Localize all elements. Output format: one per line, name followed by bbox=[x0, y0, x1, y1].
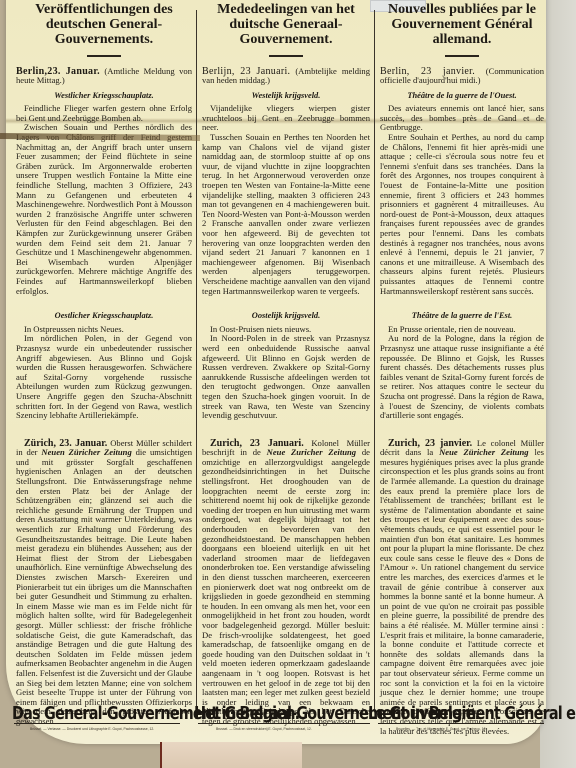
paragraph: Au nord de la Pologne, dans la région de… bbox=[380, 334, 544, 420]
column-title: Nouvelles publiées par le Gouvernement G… bbox=[380, 2, 544, 47]
paragraph: In Noord-Polen in de streek van Przasnys… bbox=[202, 334, 370, 420]
french-column: Nouvelles publiées par le Gouvernement G… bbox=[376, 0, 548, 736]
printer-imprint: Brüssel. — Verlasse. — Druckerei und Lit… bbox=[30, 727, 154, 731]
paragraph: Vijandelijke vliegers wierpen gister vru… bbox=[202, 104, 370, 133]
section-heading-west: Westelijk krijgsveld. bbox=[202, 91, 370, 101]
dateline: Berlijn, 23 Januari. (Ambtelijke melding… bbox=[202, 67, 370, 86]
column-divider bbox=[196, 10, 197, 710]
printer-imprint: Brussel. — Druk en steendrukkerij E. Guy… bbox=[216, 727, 312, 731]
paragraph: Entre Souhain et Perthes, au nord du cam… bbox=[380, 133, 544, 296]
column-divider bbox=[374, 10, 375, 710]
dutch-column: Mededeelingen van het duitsche Generaal-… bbox=[198, 0, 374, 727]
newspaper-name: Neuen Züricher Zeitung bbox=[41, 447, 131, 457]
printer-imprint: Bruxelles. — Typ. et lithographie E. Guy… bbox=[396, 727, 486, 731]
report-text: les mesures hygiéniques prises avec la p… bbox=[380, 447, 544, 735]
section-heading-east: Oestlicher Kriegsschauplatz. bbox=[16, 311, 192, 321]
title-separator bbox=[87, 55, 121, 57]
newspaper-name: Neue Züricher Zeitung bbox=[439, 447, 529, 457]
paragraph: Tusschen Souain en Perthes ten Noorden h… bbox=[202, 133, 370, 296]
paper-strip-underneath bbox=[160, 742, 302, 768]
title-separator bbox=[269, 55, 303, 57]
paragraph: Zwischen Souain und Perthes nördlich des… bbox=[16, 123, 192, 296]
zurich-report: Zurich, 23 janvier. Le colonel Müller dé… bbox=[380, 439, 544, 736]
column-title: Veröffentlichungen des deutschen General… bbox=[16, 2, 192, 47]
section-heading-west: Westlicher Kriegsschauplatz. bbox=[16, 91, 192, 101]
footer-rule bbox=[14, 723, 180, 724]
column-title: Mededeelingen van het duitsche Generaal-… bbox=[202, 2, 370, 47]
dateline: Berlin,23. Januar. (Amtliche Meldung von… bbox=[16, 67, 192, 86]
footer-signature-french: Le Gouvernement Général en Belgique. bbox=[368, 704, 576, 724]
dateline: Berlin, 23 janvier. (Communication offic… bbox=[380, 67, 544, 86]
german-column: Veröffentlichungen des deutschen General… bbox=[12, 0, 196, 727]
paragraph: Des aviateurs ennemis ont lancé hier, sa… bbox=[380, 104, 544, 133]
report-text: die umsichtigen und mit grösster Sorgfal… bbox=[16, 447, 192, 726]
zurich-report: Zürich, 23. Januar. Oberst Müller schild… bbox=[16, 439, 192, 727]
paragraph: Feindliche Flieger warfen gestern ohne E… bbox=[16, 104, 192, 123]
newspaper-name: Neue Zuricher Zeitung bbox=[267, 447, 356, 457]
title-separator bbox=[445, 55, 479, 57]
section-heading-west: Théâtre de la guerre de l'Ouest. bbox=[380, 91, 544, 101]
footer-rule bbox=[198, 723, 370, 724]
zurich-report: Zurich, 23 Januari. Kolonel Müller besch… bbox=[202, 439, 370, 727]
footer-rule bbox=[378, 723, 544, 724]
section-heading-east: Théâtre de la guerre de l'Est. bbox=[380, 311, 544, 321]
report-text: de omzichtige en allerzorgvuldigst aange… bbox=[202, 447, 370, 726]
paragraph: Im nördlichen Polen, in der Gegend von P… bbox=[16, 334, 192, 420]
section-heading-east: Oostelijk krijgsveld. bbox=[202, 311, 370, 321]
